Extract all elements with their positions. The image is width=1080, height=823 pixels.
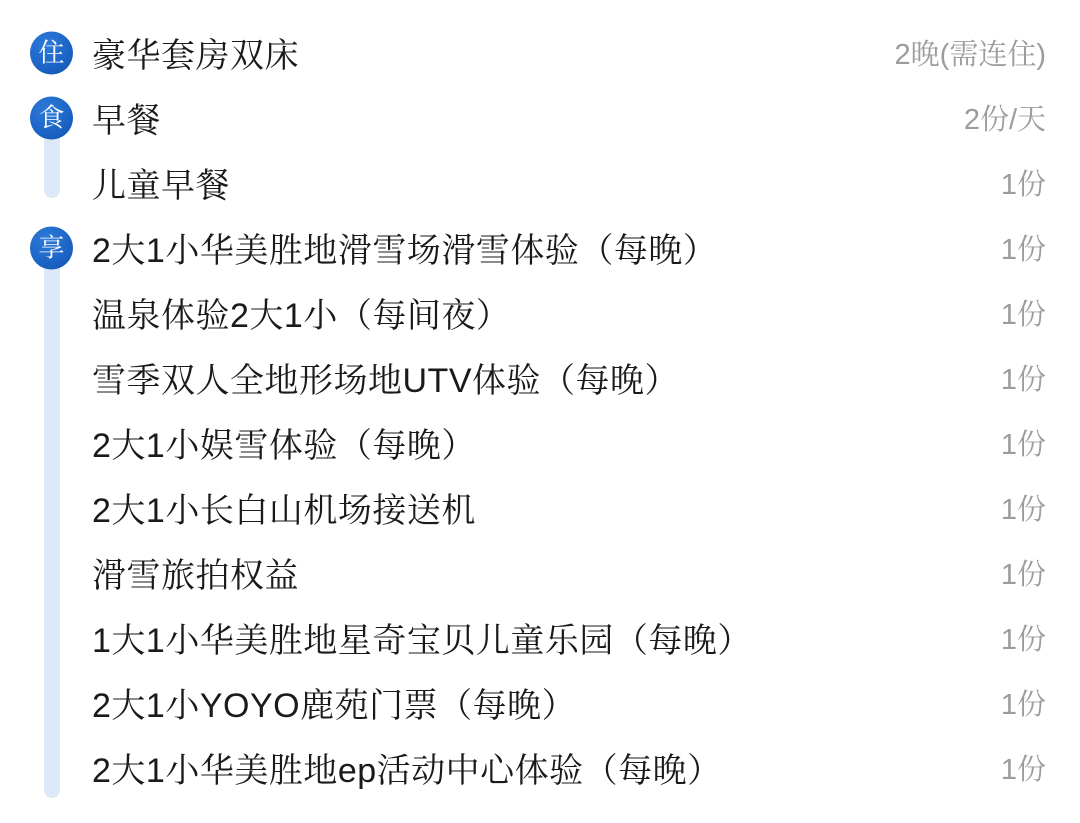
item-label: 1大1小华美胜地星奇宝贝儿童乐园（每晚） — [92, 613, 981, 662]
item-quantity: 1份 — [981, 162, 1046, 203]
item-quantity: 1份 — [981, 617, 1046, 658]
badge-gutter — [0, 735, 92, 800]
badge-gutter — [0, 345, 92, 410]
package-item-row: 滑雪旅拍权益 1份 — [0, 540, 1080, 605]
food-badge-icon: 食 — [30, 96, 73, 139]
package-inclusions-list: 住 豪华套房双床 2晚(需连住) 食 早餐 2份/天 儿童早餐 1份 享 2大1… — [0, 0, 1080, 823]
package-item-row: 享 2大1小华美胜地滑雪场滑雪体验（每晚） 1份 — [0, 215, 1080, 280]
package-item-row: 1大1小华美胜地星奇宝贝儿童乐园（每晚） 1份 — [0, 605, 1080, 670]
badge-gutter — [0, 410, 92, 475]
item-quantity: 2晚(需连住) — [875, 32, 1046, 73]
item-quantity: 1份 — [981, 552, 1046, 593]
badge-gutter: 住 — [0, 20, 92, 85]
badge-gutter — [0, 150, 92, 215]
badge-gutter: 享 — [0, 215, 92, 280]
item-label: 雪季双人全地形场地UTV体验（每晚） — [92, 353, 981, 402]
badge-gutter: 食 — [0, 85, 92, 150]
package-item-row: 2大1小YOYO鹿苑门票（每晚） 1份 — [0, 670, 1080, 735]
package-item-row: 雪季双人全地形场地UTV体验（每晚） 1份 — [0, 345, 1080, 410]
item-label: 早餐 — [92, 93, 944, 142]
item-label: 儿童早餐 — [92, 158, 981, 207]
package-item-row: 儿童早餐 1份 — [0, 150, 1080, 215]
package-item-row: 温泉体验2大1小（每间夜） 1份 — [0, 280, 1080, 345]
package-item-row: 住 豪华套房双床 2晚(需连住) — [0, 20, 1080, 85]
item-quantity: 1份 — [981, 487, 1046, 528]
item-label: 2大1小YOYO鹿苑门票（每晚） — [92, 678, 981, 727]
enjoy-badge-icon: 享 — [30, 226, 73, 269]
package-item-row: 2大1小长白山机场接送机 1份 — [0, 475, 1080, 540]
item-label: 豪华套房双床 — [92, 28, 875, 77]
badge-gutter — [0, 605, 92, 670]
stay-badge-icon: 住 — [30, 31, 73, 74]
badge-gutter — [0, 670, 92, 735]
item-label: 2大1小华美胜地滑雪场滑雪体验（每晚） — [92, 223, 981, 272]
item-label: 2大1小华美胜地ep活动中心体验（每晚） — [92, 743, 981, 792]
item-quantity: 1份 — [981, 682, 1046, 723]
badge-gutter — [0, 540, 92, 605]
item-quantity: 1份 — [981, 227, 1046, 268]
item-label: 2大1小长白山机场接送机 — [92, 483, 981, 532]
package-item-row: 食 早餐 2份/天 — [0, 85, 1080, 150]
item-quantity: 1份 — [981, 292, 1046, 333]
item-quantity: 1份 — [981, 357, 1046, 398]
item-label: 温泉体验2大1小（每间夜） — [92, 288, 981, 337]
item-label: 滑雪旅拍权益 — [92, 548, 981, 597]
item-quantity: 1份 — [981, 747, 1046, 788]
item-quantity: 1份 — [981, 422, 1046, 463]
package-item-row: 2大1小华美胜地ep活动中心体验（每晚） 1份 — [0, 735, 1080, 800]
item-label: 2大1小娱雪体验（每晚） — [92, 418, 981, 467]
badge-gutter — [0, 475, 92, 540]
item-quantity: 2份/天 — [944, 97, 1046, 138]
badge-gutter — [0, 280, 92, 345]
package-item-row: 2大1小娱雪体验（每晚） 1份 — [0, 410, 1080, 475]
